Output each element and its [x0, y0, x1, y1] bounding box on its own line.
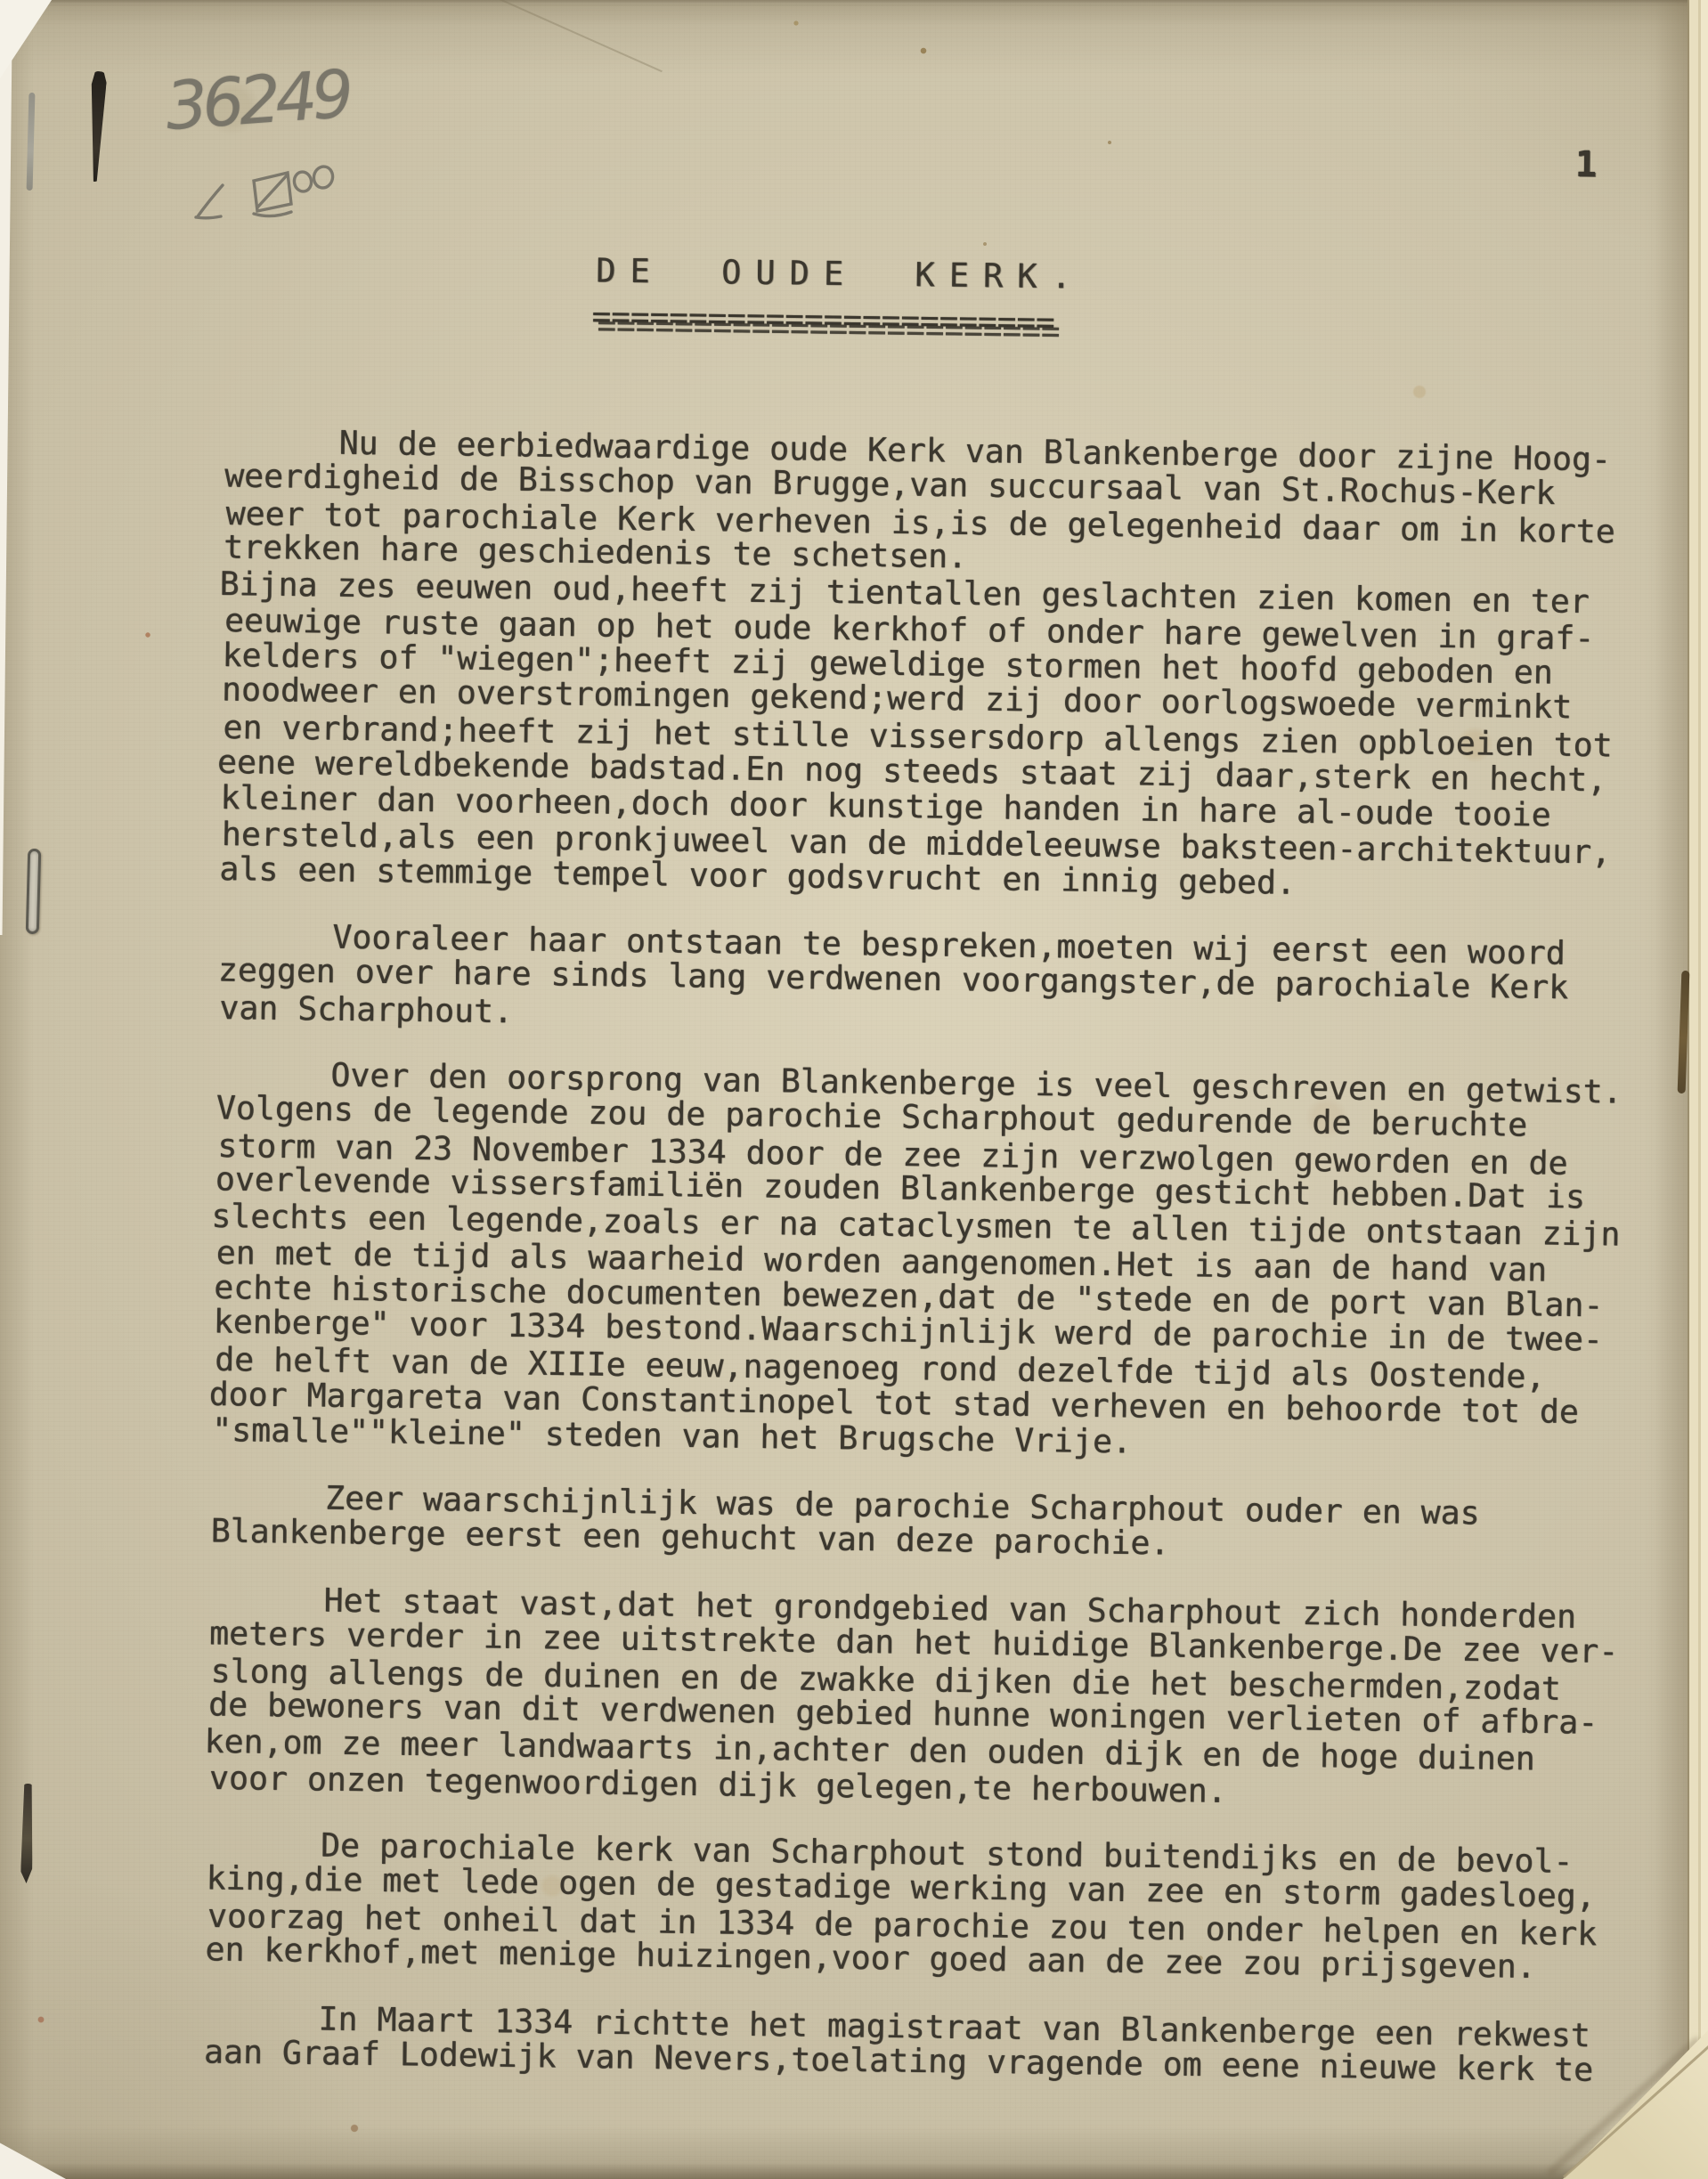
scanned-document-page: 36249 1 DE OUDE KERK. ==================… [0, 0, 1708, 2179]
paragraph: De parochiale kerk van Scharphout stond … [205, 1826, 1631, 1988]
page-bottom-edge [0, 2163, 1708, 2179]
page-top-edge [36, 0, 1708, 6]
title-underline: ======================== [597, 307, 1061, 350]
typewritten-layer: 1 DE OUDE KERK. ========================… [203, 424, 1650, 2121]
top-fold-shadow [0, 4, 1708, 26]
staple-icon [26, 849, 42, 934]
under-pages-edge [1688, 0, 1708, 2179]
paragraph: Nu de eerbiedwaardige oude Kerk van Blan… [219, 424, 1650, 906]
paragraph: Over den oorsprong van Blankenberge is v… [212, 1056, 1642, 1467]
handwritten-number: 36249 [163, 56, 351, 145]
page-title: DE OUDE KERK. [596, 251, 1086, 296]
angle-mark [196, 185, 223, 218]
page-number: 1 [1575, 144, 1598, 185]
paragraph: Vooraleer haar ontstaan te bespreken,moe… [217, 918, 1643, 1044]
crossed-box-mark [254, 173, 291, 216]
typewritten-body: Nu de eerbiedwaardige oude Kerk van Blan… [204, 424, 1650, 2090]
pencil-marks [183, 160, 343, 230]
double-circle-mark [293, 165, 335, 192]
paragraph: In Maart 1334 richtte het magistraat van… [204, 2000, 1630, 2090]
paragraph: Het staat vast,dat het grondgebied van S… [207, 1581, 1635, 1814]
paragraph: Zeer waarschijnlijk was de parochie Scha… [210, 1479, 1636, 1569]
